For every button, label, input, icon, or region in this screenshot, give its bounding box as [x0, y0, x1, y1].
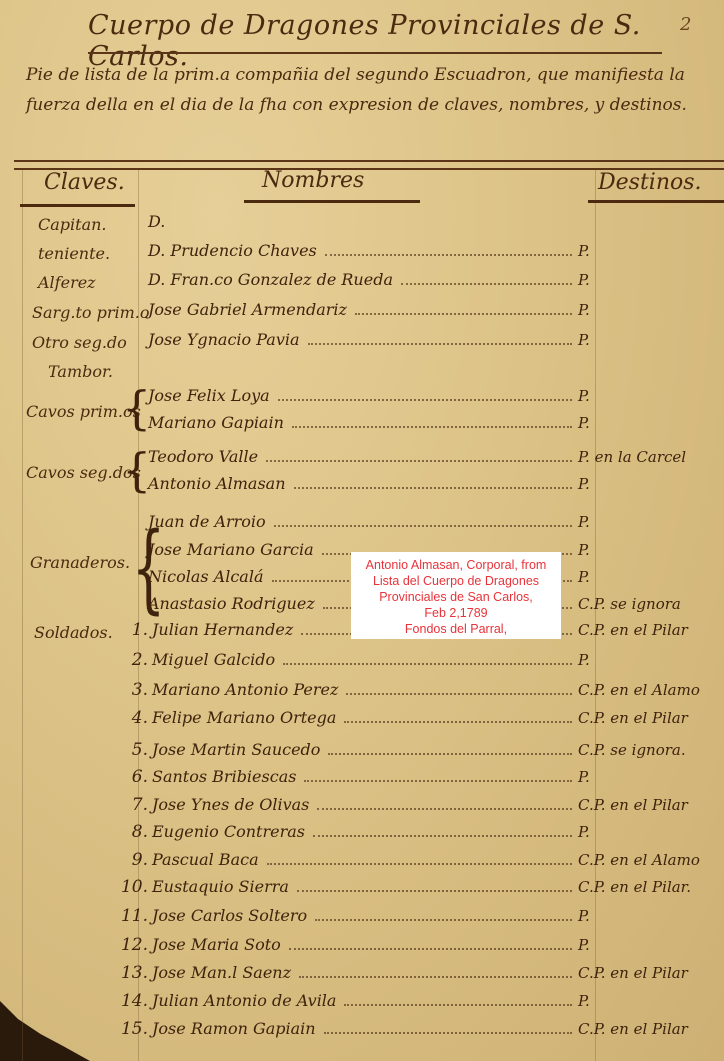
- soldier-name: Jose Ygnacio Pavia: [148, 330, 300, 349]
- intro-paragraph: Pie de lista de la prim.a compañia del s…: [26, 60, 706, 120]
- margin-line: [22, 170, 23, 1061]
- roster-row: 15.Jose Ramon GapiainC.P. en el Pilar: [120, 1019, 720, 1045]
- row-number: 8.: [120, 822, 148, 842]
- leader-dots: [328, 753, 572, 755]
- roster-row: 8.Eugenio ContrerasP.: [120, 822, 720, 848]
- destination: P.: [578, 242, 720, 260]
- destination: P.: [578, 387, 720, 405]
- row-number: 2.: [120, 650, 148, 670]
- column-header-rule: [20, 204, 135, 207]
- destination: C.P. en el Alamo: [578, 851, 720, 869]
- roster-row: Jose Felix LoyaP.: [148, 386, 720, 412]
- page-number: 2: [680, 14, 691, 35]
- row-number: 11.: [120, 906, 148, 926]
- destination: P.: [578, 301, 720, 319]
- rank-label: Sarg.to prim.o: [32, 303, 150, 322]
- destination: C.P. en el Pilar: [578, 964, 720, 982]
- destination: P.: [578, 768, 720, 786]
- caption-line: Antonio Almasan, Corporal, from: [351, 557, 561, 573]
- destination: P.: [578, 541, 720, 559]
- torn-corner: [0, 1001, 90, 1061]
- soldier-name: Jose Gabriel Armendariz: [148, 300, 347, 319]
- rank-label: teniente.: [38, 244, 110, 263]
- destination: C.P. en el Pilar: [578, 709, 720, 727]
- destination: P.: [578, 651, 720, 669]
- roster-row: 9.Pascual BacaC.P. en el Alamo: [120, 850, 720, 876]
- row-number: 5.: [120, 740, 148, 760]
- rank-label: Soldados.: [34, 623, 113, 642]
- roster-row: 10.Eustaquio SierraC.P. en el Pilar.: [120, 877, 720, 903]
- leader-dots: [294, 487, 573, 489]
- row-number: 15.: [120, 1019, 148, 1039]
- roster-row: 6.Santos BribiescasP.: [120, 767, 720, 793]
- destination: C.P. en el Pilar: [578, 796, 720, 814]
- leader-dots: [267, 863, 572, 865]
- roster-row: Teodoro ValleP. en la Carcel: [148, 447, 720, 473]
- destination: P.: [578, 414, 720, 432]
- column-header-rule: [588, 200, 724, 203]
- leader-dots: [292, 426, 572, 428]
- leader-dots: [304, 780, 572, 782]
- soldier-name: Jose Mariano Garcia: [148, 540, 314, 559]
- roster-row: Antonio AlmasanP.: [148, 474, 720, 500]
- destination: C.P. se ignora: [578, 595, 720, 613]
- leader-dots: [325, 254, 572, 256]
- destination: P.: [578, 331, 720, 349]
- leader-dots: [313, 835, 572, 837]
- soldier-name: Jose Ramon Gapiain: [152, 1019, 316, 1038]
- soldier-name: Nicolas Alcalá: [148, 567, 264, 586]
- rank-label: Capitan.: [38, 215, 107, 234]
- soldier-name: D. Prudencio Chaves: [148, 241, 317, 260]
- soldier-name: Eugenio Contreras: [152, 822, 305, 841]
- destination: P. en la Carcel: [578, 448, 720, 466]
- soldier-name: Felipe Mariano Ortega: [152, 708, 336, 727]
- roster-row: 14.Julian Antonio de AvilaP.: [120, 991, 720, 1017]
- soldier-name: Jose Martin Saucedo: [152, 740, 320, 759]
- caption-line: Fondos del Parral,: [351, 621, 561, 637]
- row-number: 13.: [120, 963, 148, 983]
- leader-dots: [278, 399, 572, 401]
- column-header-destinos: Destinos.: [598, 170, 702, 195]
- leader-dots: [401, 283, 572, 285]
- destination: P.: [578, 823, 720, 841]
- leader-dots: [308, 343, 572, 345]
- leader-dots: [324, 1032, 572, 1034]
- soldier-name: Julian Antonio de Avila: [152, 991, 336, 1010]
- leader-dots: [283, 663, 572, 665]
- roster-row: D. Fran.co Gonzalez de RuedaP.: [148, 270, 720, 296]
- soldier-name: Mariano Antonio Perez: [152, 680, 338, 699]
- leader-dots: [346, 693, 572, 695]
- row-number: 14.: [120, 991, 148, 1011]
- soldier-name: Teodoro Valle: [148, 447, 258, 466]
- roster-row: Jose Ygnacio PaviaP.: [148, 330, 720, 356]
- row-number: 7.: [120, 795, 148, 815]
- soldier-name: Anastasio Rodriguez: [148, 594, 315, 613]
- leader-dots: [297, 890, 572, 892]
- destination: P.: [578, 936, 720, 954]
- caption-line: Feb 2,1789: [351, 605, 561, 621]
- soldier-name: Antonio Almasan: [148, 474, 286, 493]
- row-number: 1.: [120, 620, 148, 640]
- destination: C.P. en el Pilar.: [578, 878, 720, 896]
- rank-label: Granaderos.: [30, 553, 130, 572]
- roster-row: 13.Jose Man.l SaenzC.P. en el Pilar: [120, 963, 720, 989]
- soldier-name: Miguel Galcido: [152, 650, 275, 669]
- roster-row: 4.Felipe Mariano OrtegaC.P. en el Pilar: [120, 708, 720, 734]
- leader-dots: [266, 460, 572, 462]
- leader-dots: [315, 919, 572, 921]
- destination: C.P. en el Alamo: [578, 681, 720, 699]
- destination: C.P. en el Pilar: [578, 621, 720, 639]
- soldier-name: Jose Carlos Soltero: [152, 906, 307, 925]
- row-number: 12.: [120, 935, 148, 955]
- header-divider: [14, 160, 724, 170]
- roster-row: 11.Jose Carlos SolteroP.: [120, 906, 720, 932]
- rank-label: Otro seg.do: [32, 333, 127, 352]
- soldier-name: Eustaquio Sierra: [152, 877, 289, 896]
- column-header-rule: [244, 200, 420, 203]
- caption-line: Provinciales de San Carlos,: [351, 589, 561, 605]
- rank-label: Alferez: [38, 273, 96, 292]
- title-underline: [88, 52, 662, 54]
- rank-label: Tambor.: [48, 362, 113, 381]
- brace-icon: {: [122, 447, 151, 493]
- soldier-name: Jose Ynes de Olivas: [152, 795, 309, 814]
- destination: P.: [578, 513, 720, 531]
- leader-dots: [344, 721, 572, 723]
- column-header-nombres: Nombres: [262, 168, 364, 193]
- roster-row: 2.Miguel GalcidoP.: [120, 650, 720, 676]
- row-number: 9.: [120, 850, 148, 870]
- leader-dots: [289, 948, 572, 950]
- leader-dots: [299, 976, 572, 978]
- column-header-claves: Claves.: [44, 170, 125, 195]
- soldier-name: Pascual Baca: [152, 850, 259, 869]
- roster-row: 3.Mariano Antonio PerezC.P. en el Alamo: [120, 680, 720, 706]
- destination: P.: [578, 475, 720, 493]
- destination: C.P. se ignora.: [578, 741, 720, 759]
- roster-row: D. Prudencio ChavesP.: [148, 241, 720, 267]
- soldier-name: Mariano Gapiain: [148, 413, 284, 432]
- destination: P.: [578, 992, 720, 1010]
- roster-row: Juan de ArroioP.: [148, 512, 720, 538]
- roster-row: 7.Jose Ynes de OlivasC.P. en el Pilar: [120, 795, 720, 821]
- destination: P.: [578, 271, 720, 289]
- soldier-name: Jose Felix Loya: [148, 386, 270, 405]
- row-number: 3.: [120, 680, 148, 700]
- roster-row: Jose Gabriel ArmendarizP.: [148, 300, 720, 326]
- row-number: 10.: [120, 877, 148, 897]
- leader-dots: [317, 808, 572, 810]
- soldier-name: Juan de Arroio: [148, 512, 266, 531]
- soldier-name: Jose Maria Soto: [152, 935, 281, 954]
- soldier-name: Jose Man.l Saenz: [152, 963, 291, 982]
- leader-dots: [344, 1004, 572, 1006]
- soldier-name: Santos Bribiescas: [152, 767, 296, 786]
- row-number: 4.: [120, 708, 148, 728]
- soldier-name: D. Fran.co Gonzalez de Rueda: [148, 270, 393, 289]
- destination: P.: [578, 907, 720, 925]
- destination: C.P. en el Pilar: [578, 1020, 720, 1038]
- caption-line: Lista del Cuerpo de Dragones: [351, 573, 561, 589]
- roster-row: Mariano GapiainP.: [148, 413, 720, 439]
- roster-row: 5.Jose Martin SaucedoC.P. se ignora.: [120, 740, 720, 766]
- soldier-name: Julian Hernandez: [152, 620, 293, 639]
- roster-row: 12.Jose Maria SotoP.: [120, 935, 720, 961]
- annotation-caption: Antonio Almasan, Corporal, from Lista de…: [351, 552, 561, 639]
- manuscript-page: Cuerpo de Dragones Provinciales de S. Ca…: [0, 0, 724, 1061]
- roster-row: D.: [148, 212, 720, 238]
- destination: P.: [578, 568, 720, 586]
- row-number: 6.: [120, 767, 148, 787]
- leader-dots: [274, 525, 572, 527]
- soldier-name: D.: [148, 212, 165, 231]
- leader-dots: [355, 313, 572, 315]
- brace-icon: {: [122, 385, 151, 431]
